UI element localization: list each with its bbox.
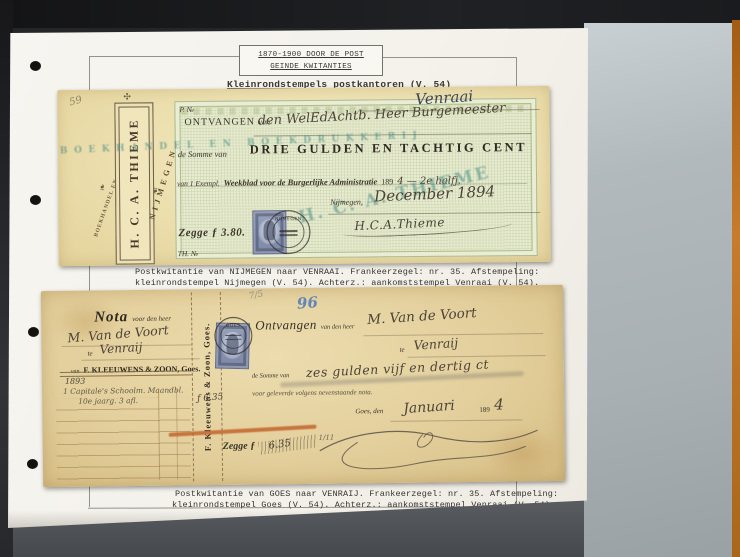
blue-crayon-number: 96: [296, 293, 318, 313]
nota-title: Nota: [94, 309, 128, 325]
year-written: 4: [494, 396, 504, 414]
zegge-amount: Zegge ƒ 3.80.: [178, 227, 245, 240]
ontvangen-somme-label: de Somme van: [252, 372, 290, 379]
page-frame-top-right: [381, 57, 517, 58]
postmark-city-text: GOES: [215, 324, 251, 329]
ontvangen-word: Ontvangen: [184, 116, 255, 128]
nota-year-written: 1893: [65, 377, 85, 386]
punch-hole: [27, 459, 38, 469]
form-p-number: P. №: [179, 105, 194, 114]
panel-flourish-left: ❧: [97, 183, 108, 191]
orange-crayon-mark: [169, 425, 317, 437]
postmark-date-bars: [279, 230, 298, 232]
pencil-note: 7/5: [248, 289, 264, 302]
ontvangen-line: Ontvangen van den heer: [255, 315, 354, 334]
header-line2: GEINDE KWITANTIES: [240, 61, 382, 73]
panel-finial-ornament: ✣: [123, 92, 131, 103]
page-frame-top-left: [89, 56, 239, 57]
ontvangen-place-written: Venraij: [413, 335, 459, 353]
ontvangen-te-label: te: [400, 346, 405, 354]
delivery-line: voor geleverde volgens nevenstaande nota…: [252, 388, 373, 397]
signature-flourish: [305, 420, 546, 473]
goes-den-printed: Goes, den: [355, 407, 383, 415]
caption-top-line1: Postkwitantie van NIJMEGEN naar VENRAAI.…: [135, 267, 539, 278]
punch-hole: [30, 61, 41, 71]
ontvangen-van-label: van den heer: [321, 323, 355, 330]
nota-table-rules: [56, 397, 191, 481]
header-line1: 1870-1900 DOOR DE POST: [240, 49, 382, 61]
header-box: 1870-1900 DOOR DE POST GEINDE KWITANTIES: [239, 45, 383, 76]
nota-te-label: te: [88, 350, 93, 358]
zegge-label: Zegge ƒ: [223, 441, 256, 452]
postmark-city-text: NIJMEGEN: [267, 217, 309, 222]
panel-name-vertical: H. C. A. THIEME: [115, 103, 153, 263]
control-mark: 1/11: [319, 434, 333, 442]
ontvangen-label: Ontvangen: [255, 317, 317, 333]
receipt-thieme: 59 BOEKHANDEL EN BOEKDRUKKERIJ H. C. A. …: [57, 86, 551, 266]
album-page: 1870-1900 DOOR DE POST GEINDE KWITANTIES…: [8, 28, 588, 528]
zegge-amount-written: 6.35: [268, 438, 292, 452]
punch-hole: [30, 195, 41, 205]
photo-of-album-page: 1870-1900 DOOR DE POST GEINDE KWITANTIES…: [0, 0, 740, 557]
month-written: Januari: [403, 398, 455, 417]
city-printed: Nijmegen,: [330, 197, 363, 206]
background-gray-panel: [584, 23, 734, 557]
punch-hole: [28, 327, 39, 337]
receipt-kleeuwens: Nota voor den heer M. Van de Voort te Ve…: [41, 285, 565, 487]
ontvangen-name-written: M. Van de Voort: [367, 305, 477, 328]
year-printed: 189: [479, 406, 490, 414]
postmark-nijmegen: NIJMEGEN: [266, 210, 310, 254]
panel-name-box: H. C. A. THIEME: [114, 102, 154, 264]
background-wood-edge: [732, 20, 740, 557]
caption-bottom-line1: Postkwitantie van GOES naar VENRAIJ. Fra…: [175, 489, 558, 500]
nota-entry-line1: 1 Capitale's Schoolm. Maandbl.: [63, 385, 184, 395]
postmark-date-bars: [225, 334, 241, 336]
pencil-number: 59: [68, 95, 83, 109]
nota-place-written: Venraij: [99, 340, 143, 357]
form-th-number: TH. №: [178, 249, 198, 258]
